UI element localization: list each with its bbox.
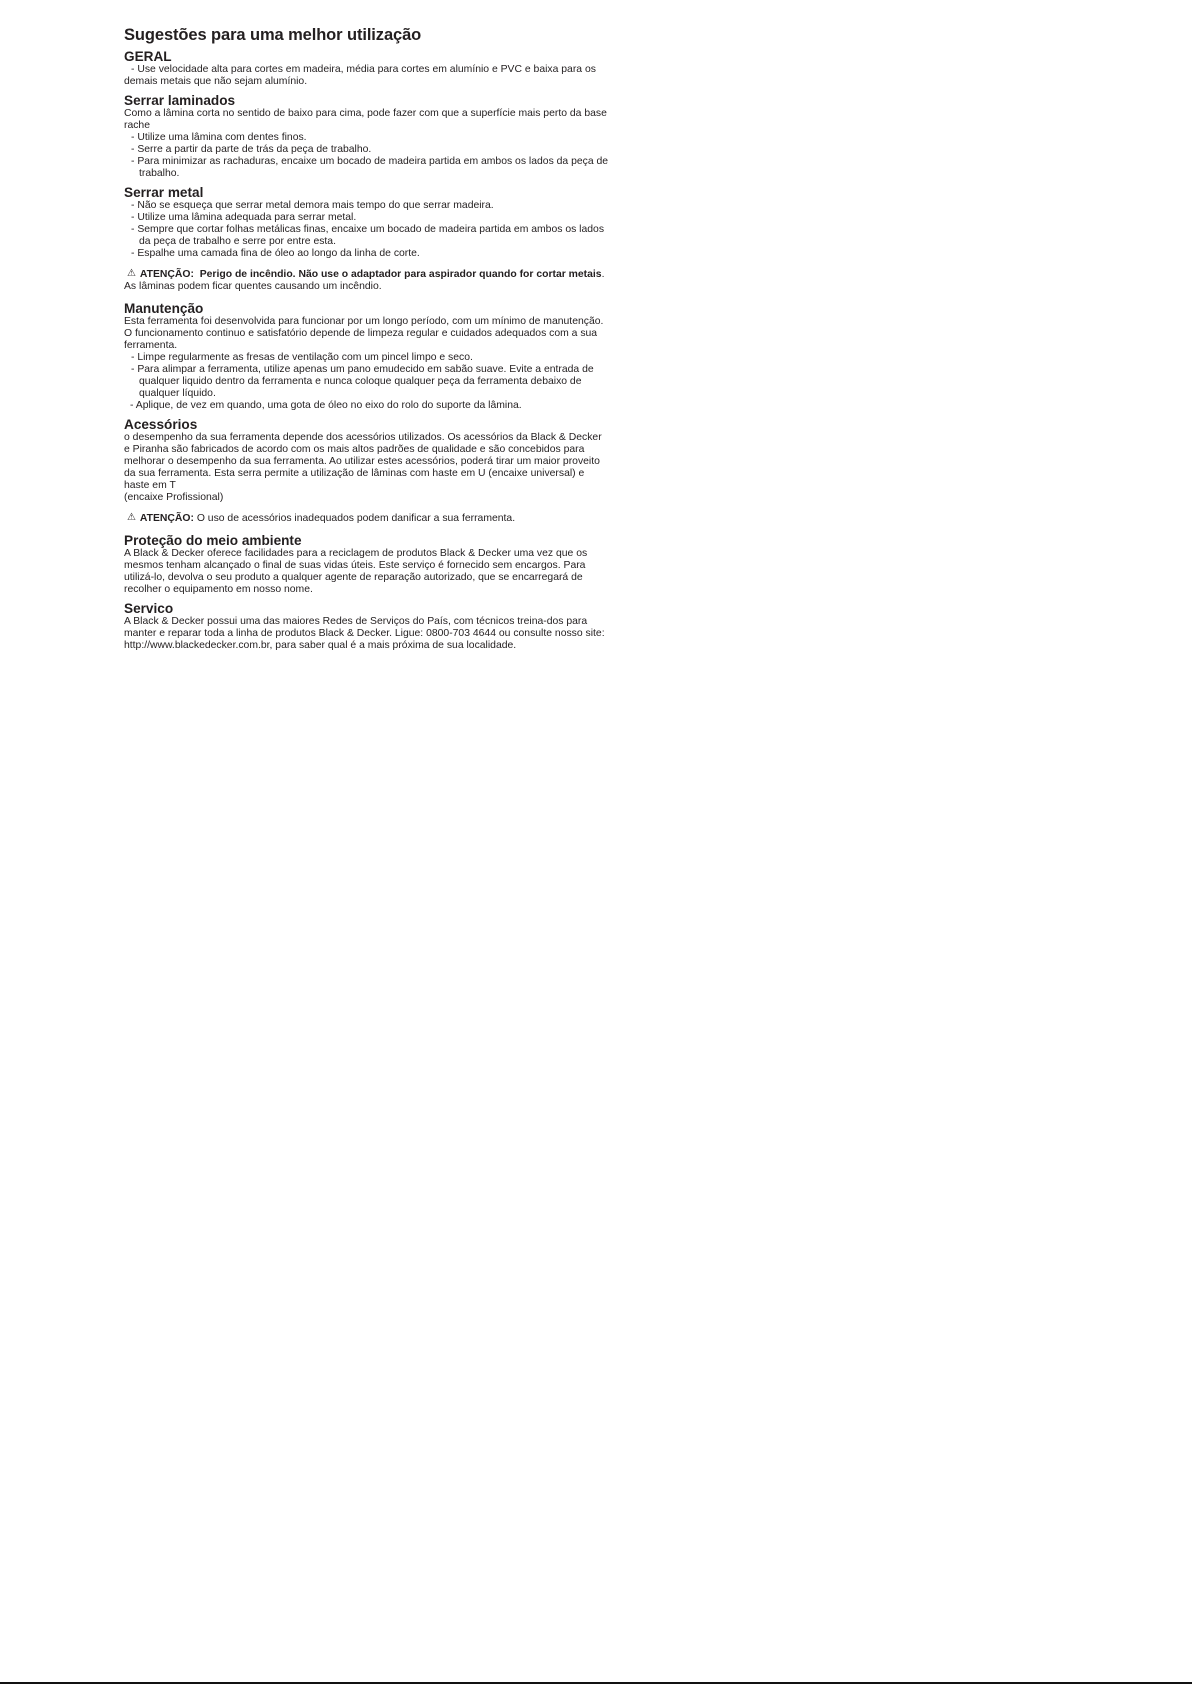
bullet-list: - Limpe regularmente as fresas de ventil…: [124, 352, 610, 412]
section-acessorios: Acessórios o desempenho da sua ferrament…: [124, 418, 610, 504]
section-intro: A Black & Decker oferece facilidades par…: [124, 548, 610, 596]
section-geral: GERAL - Use velocidade alta para cortes …: [124, 50, 610, 88]
section-protecao-ambiente: Proteção do meio ambiente A Black & Deck…: [124, 534, 610, 596]
warning-bold-text: Perigo de incêndio. Não use o adaptador …: [197, 269, 602, 280]
section-manutencao: Manutenção Esta ferramenta foi desenvolv…: [124, 302, 610, 412]
list-item: - Utilize uma lâmina com dentes finos.: [124, 132, 610, 144]
page-title: Sugestões para uma melhor utilização: [124, 24, 610, 46]
section-heading: Serrar laminados: [124, 94, 610, 108]
warning-triangle-icon: ⚠: [127, 512, 136, 524]
section-heading: Manutenção: [124, 302, 610, 316]
section-intro: A Black & Decker possui uma das maiores …: [124, 616, 610, 652]
list-item: - Limpe regularmente as fresas de ventil…: [124, 352, 610, 364]
section-heading: GERAL: [124, 50, 610, 64]
list-item: - Aplique, de vez em quando, uma gota de…: [124, 400, 610, 412]
bullet-list: - Não se esqueça que serrar metal demora…: [124, 200, 610, 260]
section-intro: o desempenho da sua ferramenta depende d…: [124, 432, 610, 492]
list-item: - Sempre que cortar folhas metálicas fin…: [124, 224, 610, 248]
section-servico: Servico A Black & Decker possui uma das …: [124, 602, 610, 652]
accessories-warning: ⚠ ATENÇÃO: O uso de acessórios inadequad…: [124, 512, 610, 525]
list-item: - Para minimizar as rachaduras, encaixe …: [124, 156, 610, 180]
geral-text: - Use velocidade alta para cortes em mad…: [124, 64, 610, 88]
list-item: - Utilize uma lâmina adequada para serra…: [124, 212, 610, 224]
geral-item: - Use velocidade alta para cortes em mad…: [124, 64, 596, 87]
section-heading: Acessórios: [124, 418, 610, 432]
bottom-border-rule: [0, 1682, 1192, 1684]
warning-label: ATENÇÃO:: [140, 513, 194, 524]
bullet-list: - Utilize uma lâmina com dentes finos. -…: [124, 132, 610, 180]
document-page: Sugestões para uma melhor utilização GER…: [124, 24, 610, 658]
section-heading: Serrar metal: [124, 186, 610, 200]
section-serrar-metal: Serrar metal - Não se esqueça que serrar…: [124, 186, 610, 260]
list-item: - Espalhe uma camada fina de óleo ao lon…: [124, 248, 610, 260]
section-heading: Proteção do meio ambiente: [124, 534, 610, 548]
warning-triangle-icon: ⚠: [127, 268, 136, 280]
list-item: - Para alimpar a ferramenta, utilize ape…: [124, 364, 610, 400]
list-item: - Não se esqueça que serrar metal demora…: [124, 200, 610, 212]
section-serrar-laminados: Serrar laminados Como a lâmina corta no …: [124, 94, 610, 180]
section-intro: Esta ferramenta foi desenvolvida para fu…: [124, 316, 610, 352]
warning-text: O uso de acessórios inadequados podem da…: [194, 513, 515, 524]
fire-warning: ⚠ ATENÇÃO: Perigo de incêndio. Não use o…: [124, 268, 610, 293]
warning-label: ATENÇÃO:: [140, 269, 194, 280]
section-intro-tail: (encaixe Profissional): [124, 492, 610, 504]
section-heading: Servico: [124, 602, 610, 616]
list-item: - Serre a partir da parte de trás da peç…: [124, 144, 610, 156]
section-intro: Como a lâmina corta no sentido de baixo …: [124, 108, 610, 132]
